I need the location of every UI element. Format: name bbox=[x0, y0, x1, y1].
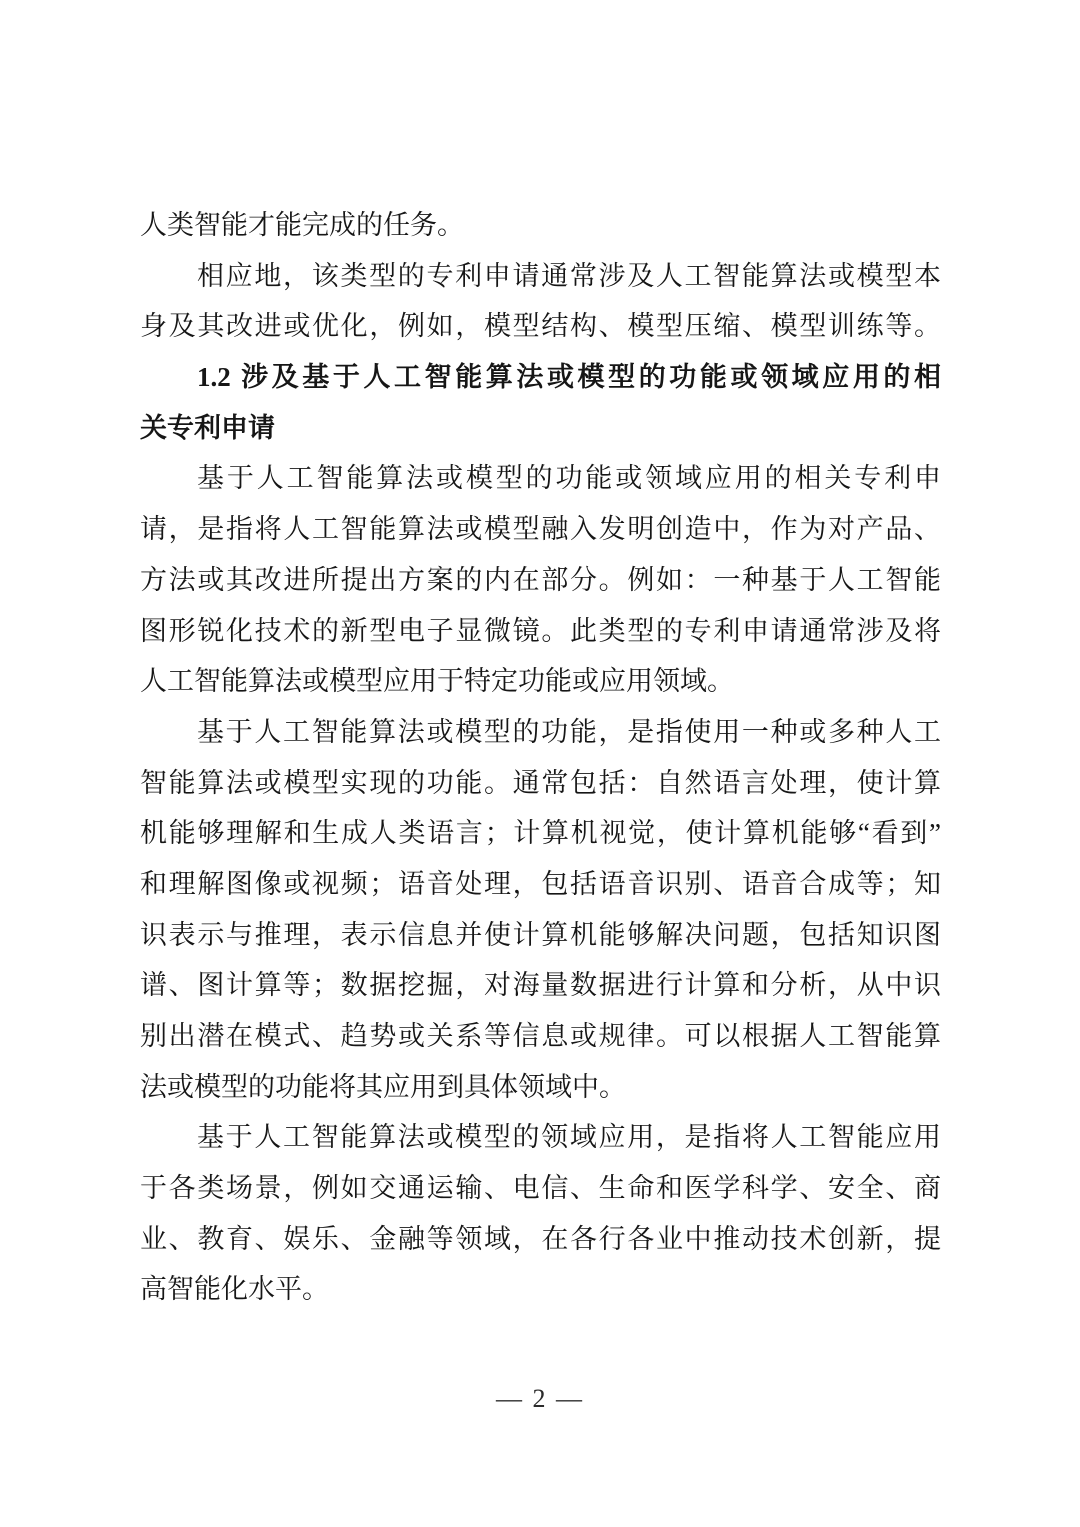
text-line: 别出潜在模式、趋势或关系等信息或规律。可以根据人工智能算 bbox=[140, 1011, 941, 1062]
text-line: 基于人工智能算法或模型的领域应用，是指将人工智能应用 bbox=[140, 1112, 941, 1163]
text-line: 请，是指将人工智能算法或模型融入发明创造中，作为对产品、 bbox=[140, 504, 941, 555]
text-line: 业、教育、娱乐、金融等领域，在各行各业中推动技术创新，提 bbox=[140, 1214, 941, 1265]
text-line: 于各类场景，例如交通运输、电信、生命和医学科学、安全、商 bbox=[140, 1163, 941, 1214]
section-heading-line: 关专利申请 bbox=[140, 403, 941, 454]
text-line: 方法或其改进所提出方案的内在部分。例如：一种基于人工智能 bbox=[140, 555, 941, 606]
text-line: 图形锐化技术的新型电子显微镜。此类型的专利申请通常涉及将 bbox=[140, 606, 941, 657]
text-line: 识表示与推理，表示信息并使计算机能够解决问题，包括知识图 bbox=[140, 910, 941, 961]
text-line: 智能算法或模型实现的功能。通常包括：自然语言处理，使计算 bbox=[140, 758, 941, 809]
body-text: 人类智能才能完成的任务。 相应地，该类型的专利申请通常涉及人工智能算法或模型本 … bbox=[140, 200, 941, 1315]
text-line: 谱、图计算等；数据挖掘，对海量数据进行计算和分析，从中识 bbox=[140, 960, 941, 1011]
text-line: 基于人工智能算法或模型的功能，是指使用一种或多种人工 bbox=[140, 707, 941, 758]
text-line: 和理解图像或视频；语音处理，包括语音识别、语音合成等；知 bbox=[140, 859, 941, 910]
text-line: 人类智能才能完成的任务。 bbox=[140, 200, 941, 251]
document-page: 人类智能才能完成的任务。 相应地，该类型的专利申请通常涉及人工智能算法或模型本 … bbox=[0, 0, 1080, 1527]
section-heading-line: 1.2 涉及基于人工智能算法或模型的功能或领域应用的相 bbox=[140, 352, 941, 403]
text-line: 基于人工智能算法或模型的功能或领域应用的相关专利申 bbox=[140, 453, 941, 504]
page-number-label: — 2 — bbox=[0, 1384, 1080, 1414]
text-line: 身及其改进或优化，例如，模型结构、模型压缩、模型训练等。 bbox=[140, 301, 941, 352]
text-line: 机能够理解和生成人类语言；计算机视觉，使计算机能够“看到” bbox=[140, 808, 941, 859]
text-line: 高智能化水平。 bbox=[140, 1264, 941, 1315]
text-line: 法或模型的功能将其应用到具体领域中。 bbox=[140, 1062, 941, 1113]
text-line: 人工智能算法或模型应用于特定功能或应用领域。 bbox=[140, 656, 941, 707]
text-line: 相应地，该类型的专利申请通常涉及人工智能算法或模型本 bbox=[140, 251, 941, 302]
